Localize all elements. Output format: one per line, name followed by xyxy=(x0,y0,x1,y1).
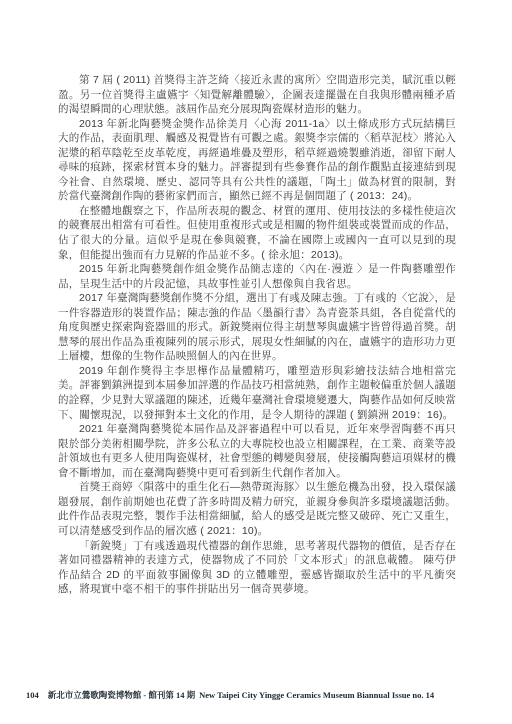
paragraph-award-2015: 2015 年新北陶藝獎創作組金獎作品簡志達的〈內在·漫遊 〉是一件陶藝雕塑作品，… xyxy=(58,262,456,291)
page-number: 104 xyxy=(26,690,39,700)
page-footer: 104新北市立鶯歌陶瓷博物館 - 館刊第 14 期New Taipei City… xyxy=(26,689,434,701)
paragraph-award-2019: 2019 年創作獎得主李思樺作品量體精巧，雕塑造形與彩繪技法結合地相當完美。評審… xyxy=(58,364,456,422)
paragraph-award-2011: 第 7 屆 ( 2011) 首獎得主許芝綺〈接近永晝的寓所〉空間造形完美，賦沉重… xyxy=(58,73,456,117)
footer-title-zh: 新北市立鶯歌陶瓷博物館 - 館刊第 14 期 xyxy=(48,690,195,700)
article-body: 第 7 屆 ( 2011) 首獎得主許芝綺〈接近永晝的寓所〉空間造形完美，賦沉重… xyxy=(58,73,456,597)
paragraph-award-2013: 2013 年新北陶藝獎金獎作品徐美月〈心海 2011-1a〉以土條成形方式玩結構… xyxy=(58,117,456,204)
paragraph-2021-rookie-award: 「新銳獎」丁有彧透過現代禮器的創作思維，思考著現代器物的價值，是否存在著如同禮器… xyxy=(58,539,456,597)
paragraph-award-2017: 2017 年臺灣陶藝獎創作獎不分組，選出丁有彧及陳志強。丁有彧的〈它說〉，是一件… xyxy=(58,291,456,364)
paragraph-2013-jury-comment: 在整體地觀察之下，作品所表現的觀念、材質的運用、使用技法的多樣性使這次的競賽展出… xyxy=(58,204,456,262)
paragraph-2021-grand-prize: 首獎王商婷〈隕落中的重生化石—熱帶斑海豚〉以生態危機為出發，投入環保議題發展，創… xyxy=(58,480,456,538)
paragraph-award-2021: 2021 年臺灣陶藝獎從本屆作品及評審過程中可以看見，近年來學習陶藝不再只限於部… xyxy=(58,422,456,480)
footer-title-en: New Taipei City Yingge Ceramics Museum B… xyxy=(199,690,434,700)
document-page: 第 7 屆 ( 2011) 首獎得主許芝綺〈接近永晝的寓所〉空間造形完美，賦沉重… xyxy=(0,0,512,724)
